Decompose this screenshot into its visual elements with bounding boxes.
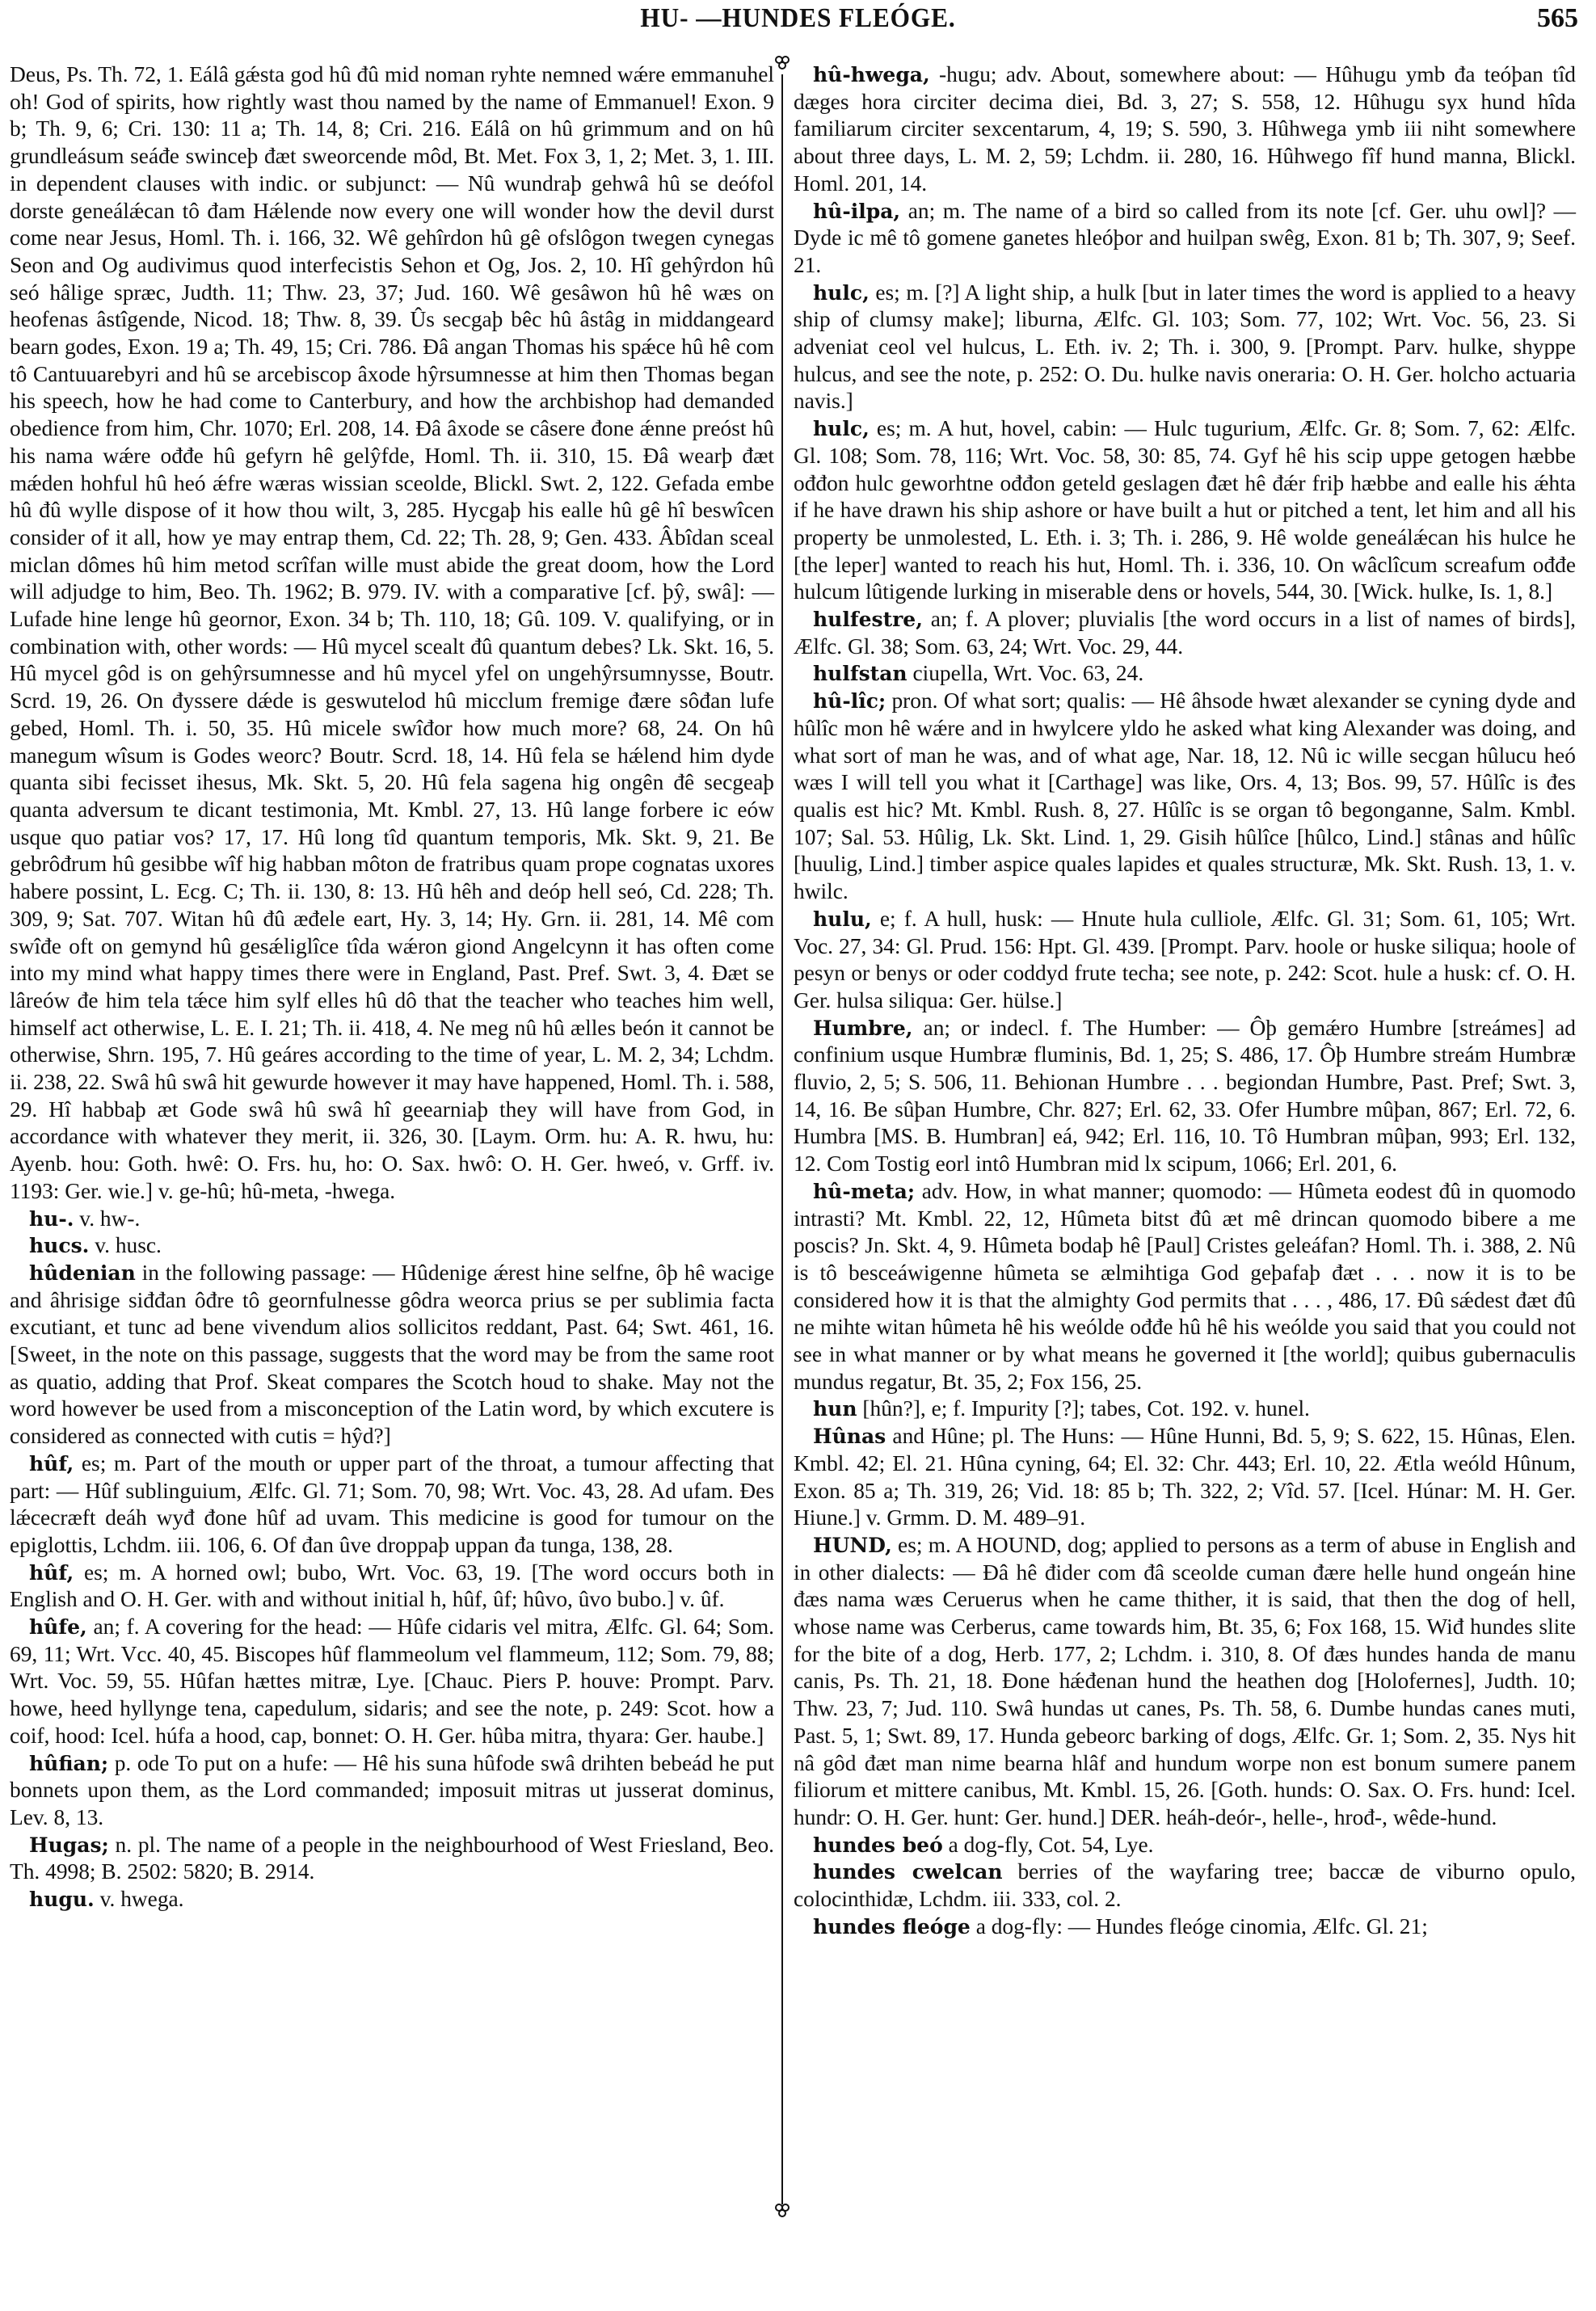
headword: hûfian; [29,1752,108,1775]
trefoil-ornament-icon [773,2203,791,2220]
dictionary-entry: hulu, e; f. A hull, husk: — Hnute hula c… [794,906,1576,1015]
entry-body: pron. Of what sort; qualis: — Hê âhsode … [794,688,1576,903]
dictionary-entry: hûf, es; m. Part of the mouth or upper p… [10,1450,774,1560]
entry-body: es; m. A hut, hovel, cabin: — Hulc tugur… [794,416,1576,604]
entry-body: v. hwega. [100,1887,184,1911]
headword: hulfestre, [813,608,923,631]
headword: hûdenian [29,1261,136,1285]
entry-body: es; m. [?] A light ship, a hulk [but in … [794,280,1576,414]
entry-body: adv. How, in what manner; quomodo: — Hûm… [794,1179,1576,1394]
headword: hulfstan [813,662,907,685]
page-title: HU- —HUNDES FLEÓGE. [64,3,1532,34]
entry-body: v. hw-. [79,1206,140,1231]
dictionary-entry: hûdenian in the following passage: — Hûd… [10,1260,774,1450]
dictionary-entry: hûfian; p. ode To put on a hufe: — Hê hi… [10,1750,774,1832]
headword: hûfe, [29,1615,87,1639]
dictionary-entry: hucs. v. husc. [10,1232,774,1260]
dictionary-entry: HUND, es; m. A HOUND, dog; applied to pe… [794,1532,1576,1832]
entry-body: an; f. A covering for the head: — Hûfe c… [10,1614,774,1748]
headword: hugu. [29,1888,95,1911]
entry-body: n. pl. The name of a people in the neigh… [10,1833,774,1884]
page-number: 565 [1537,3,1578,34]
entry-body: es; m. A horned owl; bubo, Wrt. Voc. 63,… [10,1560,774,1612]
column-divider [781,74,783,2204]
dictionary-entry: Deus, Ps. Th. 72, 1. Eálâ gǽsta god hû đ… [10,61,774,1206]
dictionary-entry: hun [hûn?], e; f. Impurity [?]; tabes, C… [794,1395,1576,1423]
headword: Hugas; [29,1833,109,1857]
dictionary-entry: hûf, es; m. A horned owl; bubo, Wrt. Voc… [10,1560,774,1614]
headword: hû-meta; [813,1180,915,1203]
right-column: hû-hwega, -hugu; adv. About, somewhere a… [794,61,1576,1941]
left-column: Deus, Ps. Th. 72, 1. Eálâ gǽsta god hû đ… [10,61,774,1913]
dictionary-entry: Humbre, an; or indecl. f. The Humber: — … [794,1015,1576,1178]
headword: hû-lîc; [813,689,886,713]
entry-body: a dog-fly, Cot. 54, Lye. [949,1833,1154,1857]
headword: hucs. [29,1234,89,1257]
headword: Hûnas [813,1425,886,1448]
dictionary-entry: hundes beó a dog-fly, Cot. 54, Lye. [794,1832,1576,1859]
dictionary-entry: hû-ilpa, an; m. The name of a bird so ca… [794,198,1576,280]
headword: hundes cwelcan [813,1860,1003,1884]
headword: hu-. [29,1207,74,1231]
dictionary-entry: hulfestre, an; f. A plover; pluvialis [t… [794,606,1576,660]
entry-body: ciupella, Wrt. Voc. 63, 24. [912,661,1143,685]
headword: hundes fleóge [813,1915,971,1938]
entry-body: Deus, Ps. Th. 72, 1. Eálâ gǽsta god hû đ… [10,62,774,1203]
headword: hû-hwega, [813,63,930,86]
dictionary-entry: hûfe, an; f. A covering for the head: — … [10,1614,774,1750]
dictionary-entry: hu-. v. hw-. [10,1206,774,1233]
dictionary-entry: hû-hwega, -hugu; adv. About, somewhere a… [794,61,1576,198]
headword: HUND, [813,1534,892,1557]
dictionary-entry: hû-meta; adv. How, in what manner; quomo… [794,1178,1576,1396]
headword: hû-ilpa, [813,200,900,223]
trefoil-ornament-icon [773,55,791,73]
dictionary-entry: Hûnas and Hûne; pl. The Huns: — Hûne Hun… [794,1423,1576,1532]
entry-body: [hûn?], e; f. Impurity [?]; tabes, Cot. … [862,1396,1310,1421]
dictionary-entry: Hugas; n. pl. The name of a people in th… [10,1832,774,1886]
dictionary-entry: hulfstan ciupella, Wrt. Voc. 63, 24. [794,660,1576,688]
headword: hulc, [813,281,870,305]
dictionary-entry: hû-lîc; pron. Of what sort; qualis: — Hê… [794,688,1576,906]
headword: hun [813,1397,857,1421]
entry-body: in the following passage: — Hûdenige ǽre… [10,1261,774,1448]
dictionary-entry: hulc, es; m. A hut, hovel, cabin: — Hulc… [794,415,1576,606]
entry-body: a dog-fly: — Hundes fleóge cinomia, Ælfc… [976,1914,1428,1938]
headword: Humbre, [813,1017,913,1040]
entry-body: es; m. Part of the mouth or upper part o… [10,1451,774,1557]
entry-body: and Hûne; pl. The Huns: — Hûne Hunni, Bd… [794,1424,1576,1530]
headword: hûf, [29,1561,74,1585]
entry-body: p. ode To put on a hufe: — Hê his suna h… [10,1751,774,1829]
dictionary-entry: hundes fleóge a dog-fly: — Hundes fleóge… [794,1913,1576,1941]
entry-body: v. husc. [95,1233,162,1257]
dictionary-entry: hundes cwelcan berries of the wayfaring … [794,1858,1576,1913]
entry-body: es; m. A HOUND, dog; applied to persons … [794,1533,1576,1829]
headword: hulc, [813,417,870,440]
dictionary-entry: hugu. v. hwega. [10,1886,774,1913]
dictionary-entry: hulc, es; m. [?] A light ship, a hulk [b… [794,280,1576,416]
headword: hûf, [29,1452,74,1475]
entry-body: e; f. A hull, husk: — Hnute hula culliol… [794,907,1576,1012]
headword: hundes beó [813,1833,943,1857]
headword: hulu, [813,907,872,931]
running-head: HU- —HUNDES FLEÓGE. 565 [0,0,1596,40]
entry-body: an; m. The name of a bird so called from… [794,199,1576,277]
